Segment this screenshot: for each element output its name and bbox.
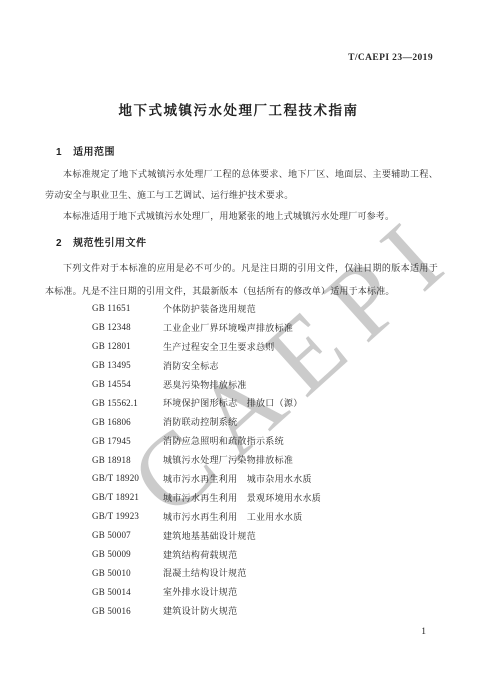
reference-code: GB/T 19923	[92, 511, 163, 521]
section-1-paragraph-1: 本标准规定了地下式城镇污水处理厂工程的总体要求、地下厂区、地面层、主要辅助工程、…	[45, 164, 438, 206]
reference-row: GB/T 18921城市污水再生利用 景观环境用水水质	[92, 488, 452, 507]
references-list: GB 11651个体防护装备选用规范GB 12348工业企业厂界环境噪声排放标准…	[92, 299, 452, 620]
reference-code: GB/T 18921	[92, 492, 163, 502]
reference-title: 城市污水再生利用 景观环境用水水质	[163, 491, 321, 504]
reference-row: GB 12348工业企业厂界环境噪声排放标准	[92, 318, 452, 337]
reference-row: GB 15562.1环境保护图形标志 排放口（源）	[92, 393, 452, 412]
reference-code: GB 50016	[92, 606, 163, 616]
page-number: 1	[421, 627, 426, 637]
reference-code: GB 12348	[92, 322, 163, 332]
section-2-title: 规范性引用文件	[73, 238, 147, 249]
reference-code: GB 15562.1	[92, 398, 163, 408]
document-title: 地下式城镇污水处理厂工程技术指南	[0, 99, 477, 119]
reference-row: GB 18918城镇污水处理厂污染物排放标准	[92, 450, 452, 469]
reference-code: GB 11651	[92, 303, 163, 313]
section-1-heading: 1适用范围	[56, 143, 115, 158]
reference-title: 混凝土结构设计规范	[163, 566, 247, 579]
reference-row: GB 50014室外排水设计规范	[92, 582, 452, 601]
reference-code: GB 50007	[92, 530, 163, 540]
reference-row: GB 50007建筑地基基础设计规范	[92, 526, 452, 545]
reference-code: GB 13495	[92, 360, 163, 370]
section-2-heading: 2规范性引用文件	[56, 234, 147, 249]
reference-title: 消防联动控制系统	[163, 415, 237, 428]
reference-row: GB 50010混凝土结构设计规范	[92, 563, 452, 582]
reference-title: 建筑设计防火规范	[163, 604, 237, 617]
standard-number: T/CAEPI 23—2019	[348, 53, 433, 63]
section-2-number: 2	[56, 238, 62, 249]
reference-code: GB 16806	[92, 417, 163, 427]
reference-code: GB 14554	[92, 379, 163, 389]
reference-row: GB 16806消防联动控制系统	[92, 412, 452, 431]
reference-code: GB/T 18920	[92, 473, 163, 483]
section-2-paragraph: 下列文件对于本标准的应用是必不可少的。凡是注日期的引用文件，仅注日期的版本适用于…	[45, 257, 438, 302]
reference-row: GB 11651个体防护装备选用规范	[92, 299, 452, 318]
section-1-paragraph-2: 本标准适用于地下式城镇污水处理厂，用地紧张的地上式城镇污水处理厂可参考。	[45, 206, 445, 227]
reference-title: 室外排水设计规范	[163, 585, 237, 598]
reference-row: GB 12801生产过程安全卫生要求总则	[92, 337, 452, 356]
reference-title: 恶臭污染物排放标准	[163, 378, 247, 391]
reference-code: GB 50014	[92, 587, 163, 597]
reference-row: GB/T 19923城市污水再生利用 工业用水水质	[92, 507, 452, 526]
reference-title: 消防安全标志	[163, 359, 219, 372]
reference-title: 城市污水再生利用 城市杂用水水质	[163, 472, 312, 485]
section-1-number: 1	[56, 147, 62, 158]
reference-row: GB 17945消防应急照明和疏散指示系统	[92, 431, 452, 450]
reference-title: 个体防护装备选用规范	[163, 302, 256, 315]
reference-title: 建筑地基基础设计规范	[163, 529, 256, 542]
reference-row: GB/T 18920城市污水再生利用 城市杂用水水质	[92, 469, 452, 488]
reference-title: 生产过程安全卫生要求总则	[163, 340, 275, 353]
document-page: CAEPI T/CAEPI 23—2019 地下式城镇污水处理厂工程技术指南 1…	[0, 0, 477, 674]
reference-title: 消防应急照明和疏散指示系统	[163, 434, 284, 447]
reference-code: GB 50010	[92, 568, 163, 578]
reference-row: GB 13495消防安全标志	[92, 356, 452, 375]
reference-title: 城镇污水处理厂污染物排放标准	[163, 453, 293, 466]
reference-row: GB 50016建筑设计防火规范	[92, 601, 452, 620]
reference-code: GB 50009	[92, 549, 163, 559]
reference-code: GB 12801	[92, 341, 163, 351]
reference-title: 城市污水再生利用 工业用水水质	[163, 510, 303, 523]
reference-title: 工业企业厂界环境噪声排放标准	[163, 321, 293, 334]
reference-title: 环境保护图形标志 排放口（源）	[163, 396, 303, 409]
reference-row: GB 50009建筑结构荷载规范	[92, 545, 452, 564]
reference-code: GB 17945	[92, 436, 163, 446]
reference-row: GB 14554恶臭污染物排放标准	[92, 375, 452, 394]
reference-title: 建筑结构荷载规范	[163, 548, 237, 561]
section-1-title: 适用范围	[73, 147, 115, 158]
reference-code: GB 18918	[92, 455, 163, 465]
